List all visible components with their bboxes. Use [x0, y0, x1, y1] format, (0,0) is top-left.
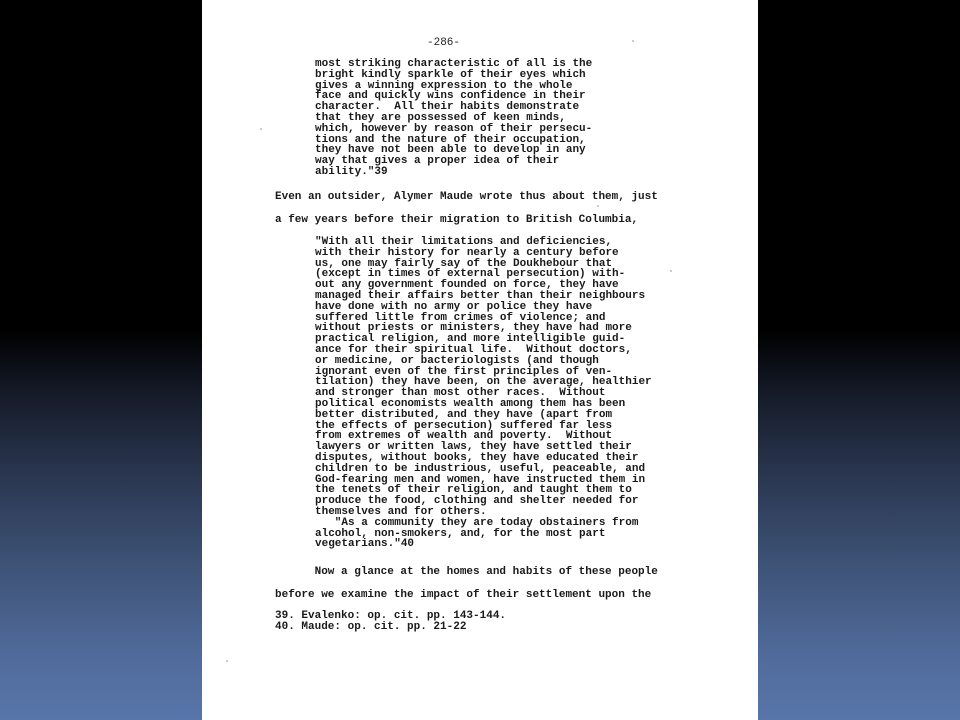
scan-speck	[597, 205, 599, 207]
body-line: Now a glance at the homes and habits of …	[275, 567, 658, 578]
page-number: -286-	[427, 38, 460, 49]
body-line: a few years before their migration to Br…	[275, 215, 638, 226]
scan-speck	[226, 660, 228, 662]
scan-speck	[632, 40, 634, 42]
body-line: Even an outsider, Alymer Maude wrote thu…	[275, 192, 658, 203]
quote-line: vegetarians."40	[315, 539, 414, 550]
footnote: 40. Maude: op. cit. pp. 21-22	[275, 622, 466, 633]
scan-speck	[670, 270, 672, 272]
body-line: before we examine the impact of their se…	[275, 590, 651, 601]
quote-line: ability."39	[315, 167, 388, 178]
scan-speck	[260, 128, 262, 130]
document-page: -286- most striking characteristic of al…	[202, 0, 758, 720]
